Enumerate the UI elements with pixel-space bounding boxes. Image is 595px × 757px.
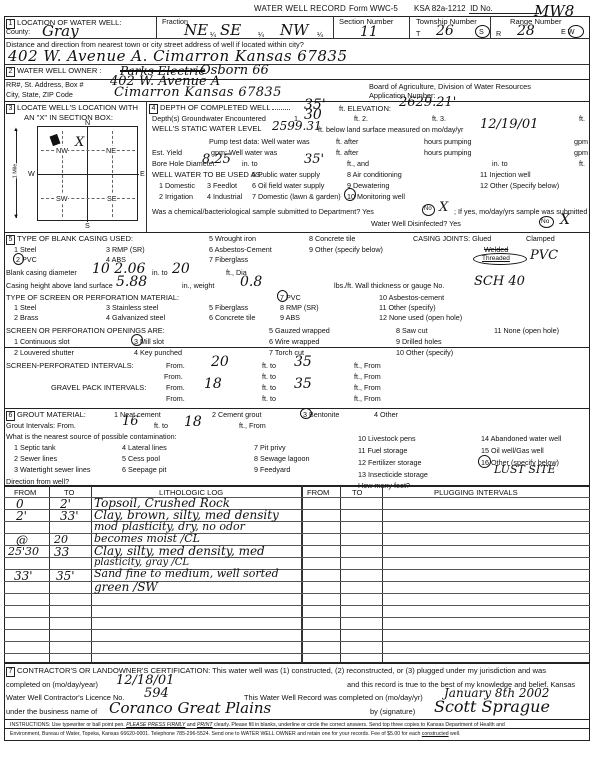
screen-to-field[interactable]: 35 [294, 354, 312, 370]
diameter-ft-field[interactable]: 20 [172, 261, 190, 277]
disinfect-x-mark: X [560, 212, 570, 228]
contam-5[interactable]: 5 Cess pool [122, 454, 160, 463]
use-12[interactable]: 12 Other (Specify below) [480, 181, 559, 190]
fraction-1-field[interactable]: NE [184, 21, 208, 39]
contamination-label: What is the nearest source of possible c… [6, 432, 177, 441]
divider [91, 486, 92, 663]
screen-11[interactable]: 11 Other (specify) [379, 303, 436, 312]
log-row-2-from[interactable]: 2' [16, 509, 27, 523]
casing-6[interactable]: 6 Asbestos-Cement [209, 245, 272, 254]
use-1[interactable]: 1 Domestic [159, 181, 195, 190]
arrow-down-icon: ▼ [13, 214, 19, 220]
after-label: ft. after [336, 137, 358, 146]
divider [409, 16, 410, 38]
opening-10[interactable]: 10 Other (specify) [396, 348, 453, 357]
gravel-intervals-label: GRAVEL PACK INTERVALS: [51, 383, 146, 392]
bore-field[interactable]: 8.25 [202, 152, 231, 167]
depth-label: DEPTH OF COMPLETED WELL [160, 103, 270, 112]
clamped-label[interactable]: Clamped [526, 234, 555, 243]
ft-from-label: ft., From [354, 361, 381, 370]
screen-6[interactable]: 6 Concrete tile [209, 313, 255, 322]
section-number: 5 [6, 235, 15, 245]
section-location-grid[interactable]: NW NE SW SE X [37, 126, 138, 221]
dots [272, 109, 290, 110]
opening-5[interactable]: 5 Gauzed wrapped [269, 326, 330, 335]
gauge-field[interactable]: SCH 40 [474, 274, 525, 289]
plug-from-header: FROM [307, 488, 329, 497]
log-row-7-to[interactable]: 35' [56, 569, 75, 583]
signature-field[interactable]: Scott Sprague [434, 697, 550, 716]
sw-label: SW [56, 194, 68, 203]
screen-intervals-label: SCREEN-PERFORATED INTERVALS: [6, 361, 134, 370]
range-dir: E W [561, 27, 575, 36]
ft-to-label: ft. to [262, 394, 276, 403]
joints-label: CASING JOINTS: Glued [413, 234, 491, 243]
quarter-label: ¼ [317, 30, 323, 39]
row-line [4, 545, 590, 546]
section-2-box [4, 64, 590, 102]
ft-from-label: ft., From [239, 421, 266, 430]
from-label: From. [164, 372, 183, 381]
plugging-header: PLUGGING INTERVALS [434, 488, 518, 497]
row-line [4, 641, 590, 642]
from-label: From. [166, 394, 185, 403]
township-dir: S [479, 27, 484, 36]
static-suffix: ft. below land surface measured on mo/da… [318, 125, 463, 134]
casing-9[interactable]: 9 Other (specify below) [309, 245, 383, 254]
arrow-up-icon: ▲ [13, 127, 19, 133]
statute-text: KSA 82a-1212 [414, 4, 466, 13]
disinfect-label: Water Well Disinfected? Yes [371, 219, 461, 228]
opening-8[interactable]: 8 Saw cut [396, 326, 428, 335]
row-line [4, 593, 590, 594]
screen-12[interactable]: 12 None used (open hole) [379, 313, 462, 322]
screen-4[interactable]: 4 Galvanized steel [106, 313, 165, 322]
business-field[interactable]: Coranco Great Plains [109, 699, 271, 717]
contam-15[interactable]: 15 Oil well/Gas well [481, 446, 544, 455]
log-row-2-to[interactable]: 33' [60, 509, 79, 523]
contam-3[interactable]: 3 Watertight sewer lines [14, 465, 90, 474]
disinfect-no[interactable]: No [541, 218, 549, 225]
contam-13[interactable]: 13 Insecticide storage [358, 470, 428, 479]
plug-to-header: TO [352, 488, 362, 497]
use-11[interactable]: 11 Injection well [480, 170, 531, 179]
opening-4[interactable]: 4 Key punched [134, 348, 182, 357]
section-4-title: 4DEPTH OF COMPLETED WELL [149, 103, 290, 114]
elevation-label: ft. ELEVATION: [339, 104, 391, 113]
county-field[interactable]: Gray [42, 22, 79, 40]
static-label: WELL'S STATIC WATER LEVEL [152, 124, 262, 133]
chem-label: Was a chemical/bacteriological sample su… [152, 207, 374, 216]
from-label: From. [166, 383, 185, 392]
section-7-title: 7CONTRACTOR'S OR LANDOWNER'S CERTIFICATI… [6, 666, 546, 677]
opening-11[interactable]: 11 None (open hole) [494, 326, 559, 335]
row-line [4, 533, 590, 534]
chem-x-mark: X [439, 200, 448, 215]
contam-6[interactable]: 6 Seepage pit [122, 465, 166, 474]
form-header: WATER WELL RECORD Form WWC-5 KSA 82a-121… [4, 3, 590, 15]
screen-3[interactable]: 3 Stainless steel [106, 303, 158, 312]
section-number: 4 [149, 104, 158, 114]
north-label: N [85, 118, 90, 127]
scribble-mark [50, 134, 61, 146]
grid-quarter [62, 131, 63, 217]
elevation-field[interactable]: 2629.21' [399, 95, 456, 110]
divider [146, 101, 147, 233]
bore-ft-field[interactable]: 35' [304, 152, 324, 167]
opening-6[interactable]: 6 Wire wrapped [269, 337, 319, 346]
from-label: From. [166, 361, 185, 370]
opening-1[interactable]: 1 Continuous slot [14, 337, 70, 346]
ft-from-label: ft., From [354, 383, 381, 392]
pump-label: Pump test data: Well water was [209, 137, 310, 146]
fraction-2-field[interactable]: SE [220, 21, 241, 39]
static-date-field[interactable]: 12/19/01 [480, 117, 538, 132]
ft-to-label: ft. to [154, 421, 168, 430]
opening-2[interactable]: 2 Louvered shutter [14, 348, 74, 357]
row-line [4, 521, 590, 522]
use-10-circle [344, 188, 356, 201]
screen-1[interactable]: 1 Steel [14, 303, 36, 312]
licence-label: Water Well Contractor's Licence No. [6, 693, 124, 702]
height-label: Casing height above land surface [6, 281, 113, 290]
contam-8[interactable]: 8 Sewage lagoon [254, 454, 310, 463]
grout-intervals-label: Grout Intervals: From. [6, 421, 76, 430]
contam-10[interactable]: 10 Livestock pens [358, 434, 416, 443]
diameter-to: in. to [152, 268, 168, 277]
opening-3[interactable]: 3 Mill slot [134, 337, 164, 346]
gravel-to-field[interactable]: 35 [294, 376, 312, 392]
west-label: W [28, 169, 35, 178]
range-field[interactable]: 28 [517, 23, 535, 39]
gpm-label: gpm [574, 137, 588, 146]
ft-to-label: ft. to [262, 383, 276, 392]
grout-to-field[interactable]: 18 [184, 414, 202, 430]
section-title: LOCATE WELL'S LOCATION WITH [17, 103, 138, 112]
east-label: E [140, 169, 145, 178]
bore-to-label: in. to [242, 159, 258, 168]
ft-label: ft. [579, 114, 585, 123]
opening-9[interactable]: 9 Drilled holes [396, 337, 442, 346]
section-6-title: 6GROUT MATERIAL: [6, 410, 86, 421]
screen-10[interactable]: 10 Asbestos-cement [379, 293, 444, 302]
township-prefix: T [416, 29, 420, 38]
section-number: 6 [6, 411, 15, 421]
gw-2-label: ft. 2. [354, 114, 368, 123]
section-number-field[interactable]: 11 [360, 24, 378, 40]
screen-material-title: TYPE OF SCREEN OR PERFORATION MATERIAL: [6, 293, 179, 302]
ft-from-label: ft., From [354, 394, 381, 403]
casing-3[interactable]: 3 RMP (SR) [106, 245, 145, 254]
completed-label: completed on (mo/day/year) [6, 680, 98, 689]
contam-11[interactable]: 11 Fuel storage [358, 446, 407, 455]
divider [156, 16, 157, 38]
range-prefix: R [496, 29, 501, 38]
contam-other-field[interactable]: LUST SITE [494, 463, 556, 476]
grout-from-field[interactable]: 16 [122, 414, 139, 429]
log-row-8-text[interactable]: green /SW [94, 580, 158, 594]
ft-from-label: ft., From [354, 372, 381, 381]
casing-5[interactable]: 5 Wrought iron [209, 234, 256, 243]
grid-quarter [112, 131, 113, 217]
section-title: GROUT MATERIAL: [17, 410, 86, 419]
row-line [4, 569, 590, 570]
signature-label: by (signature) [370, 707, 415, 716]
row-line [4, 653, 590, 654]
gravel-from-field[interactable]: 18 [204, 376, 222, 392]
business-label: under the business name of [6, 707, 97, 716]
screen-8[interactable]: 8 RMP (SR) [280, 303, 319, 312]
hours-label: hours pumping [424, 137, 472, 146]
row-line [4, 629, 590, 630]
groundwater-label: Depth(s) Groundwater Encountered [152, 114, 266, 123]
screen-from-field[interactable]: 20 [211, 354, 229, 370]
divider [49, 486, 50, 663]
chem-no[interactable]: No [424, 206, 432, 212]
water-well-record-form: WATER WELL RECORD Form WWC-5 KSA 82a-121… [4, 0, 590, 757]
row-line [4, 497, 590, 498]
section-title: TYPE OF BLANK CASING USED: [17, 234, 133, 243]
weight-field[interactable]: 0.8 [240, 274, 262, 290]
form-title: WATER WELL RECORD [254, 4, 346, 13]
static-field[interactable]: 2599.31 [272, 119, 322, 133]
grout-4[interactable]: 4 Other [374, 410, 398, 419]
threaded-label[interactable]: Threaded [482, 255, 510, 262]
screen-5[interactable]: 5 Fiberglass [209, 303, 248, 312]
county-label: County: [6, 29, 30, 36]
id-label: ID No. [470, 4, 493, 13]
use-6[interactable]: 6 Oil field water supply [252, 181, 324, 190]
use-4[interactable]: 4 Industrial [207, 192, 242, 201]
section-number: 7 [6, 667, 15, 677]
section-3-subtitle: AN "X" IN SECTION BOX: [24, 113, 113, 122]
grout-2[interactable]: 2 Cement grout [212, 410, 262, 419]
joints-field[interactable]: PVC [530, 248, 558, 263]
contam-14[interactable]: 14 Abandoned water well [481, 434, 561, 443]
mile-label: 1 Mile [12, 164, 18, 179]
casing-7[interactable]: 7 Fiberglass [209, 255, 248, 264]
diameter-label: Blank casing diameter [6, 268, 77, 277]
use-3[interactable]: 3 Feedlot [207, 181, 237, 190]
log-row-5-to[interactable]: 33 [54, 545, 69, 559]
screen-2[interactable]: 2 Brass [14, 313, 38, 322]
row-line [4, 617, 590, 618]
statute: KSA 82a-1212 ID No. [414, 4, 493, 13]
divider [490, 16, 491, 38]
casing-8[interactable]: 8 Concrete tile [309, 234, 355, 243]
log-row-7-from[interactable]: 33' [14, 569, 33, 583]
cert-line-1: This water well was (1) constructed, (2)… [212, 666, 546, 675]
se-label: SE [107, 194, 117, 203]
section-number: 3 [6, 104, 15, 114]
row-line [4, 605, 590, 606]
yield-label: Est. Yield [152, 148, 182, 157]
section-title: CONTRACTOR'S OR LANDOWNER'S CERTIFICATIO… [17, 666, 210, 675]
gw-3-label: ft. 3. [432, 114, 446, 123]
direction-label: Direction from well? [6, 477, 69, 486]
location-x-mark: X [75, 135, 84, 150]
row-line [4, 581, 590, 582]
distance-field[interactable]: 402 W. Avenue A. Cimarron Kansas 67835 [8, 47, 348, 65]
use-label: WELL WATER TO BE USED AS: [152, 170, 263, 179]
instructions-box [4, 719, 590, 741]
screen-7[interactable]: 7 PVC [280, 293, 301, 302]
fraction-3-field[interactable]: NW [280, 21, 309, 39]
hours-label: hours pumping [424, 148, 472, 157]
log-row-5-text[interactable]: Clay, silty, med density, med [94, 544, 265, 558]
contam-4[interactable]: 4 Lateral lines [122, 443, 167, 452]
bore-in-to-label: in. to [492, 159, 508, 168]
use-2[interactable]: 2 Irrigation [159, 192, 193, 201]
bore-and-label: ft., and [347, 159, 369, 168]
contam-9[interactable]: 9 Feedyard [254, 465, 290, 474]
casing-2[interactable]: 2 PVC [16, 255, 37, 264]
log-row-7-text[interactable]: Sand fine to medium, well sorted [94, 567, 279, 580]
divider [333, 16, 334, 38]
contam-7[interactable]: 7 Pit privy [254, 443, 286, 452]
divider [340, 486, 341, 663]
section-5-title: 5TYPE OF BLANK CASING USED: [6, 234, 133, 245]
nw-label: NW [56, 146, 68, 155]
divider [382, 486, 383, 663]
section-number: 1 [6, 19, 15, 29]
contam-2[interactable]: 2 Sewer lines [14, 454, 57, 463]
weight-label: in., weight [182, 281, 214, 290]
south-label: S [85, 221, 90, 230]
use-7[interactable]: 7 Domestic (lawn & garden) [252, 192, 341, 201]
grout-3[interactable]: 3 Bentonite [303, 410, 339, 419]
use-8[interactable]: 8 Air conditioning [347, 170, 402, 179]
use-5[interactable]: 5 Public water supply [252, 170, 320, 179]
log-to-header: TO [64, 488, 74, 497]
ft-label: ft. [579, 159, 585, 168]
contam-12[interactable]: 12 Fertilizer storage [358, 458, 422, 467]
grid-horizontal [38, 174, 139, 175]
height-field[interactable]: 5.88 [116, 274, 147, 290]
log-from-header: FROM [14, 488, 36, 497]
after-label: ft. after [336, 148, 358, 157]
township-field[interactable]: 26 [436, 23, 454, 39]
weight-unit: lbs./ft. Wall thickness or gauge No. [334, 281, 444, 290]
openings-title: SCREEN OR PERFORATION OPENINGS ARE: [6, 326, 165, 335]
id-line [469, 13, 539, 14]
quarter-label: ¼ [258, 30, 264, 39]
log-row-5-from[interactable]: 25'30 [8, 545, 39, 558]
divider [301, 486, 303, 663]
quarter-label: ¼ [210, 30, 216, 39]
ft-to-label: ft. to [262, 361, 276, 370]
contam-1[interactable]: 1 Septic tank [14, 443, 56, 452]
ft-to-label: ft. to [262, 372, 276, 381]
row-line [4, 557, 590, 558]
ne-label: NE [106, 146, 116, 155]
form-number: Form WWC-5 [349, 4, 398, 13]
row-line [4, 509, 590, 510]
gpm-label: gpm [574, 148, 588, 157]
screen-9[interactable]: 9 ABS [280, 313, 300, 322]
